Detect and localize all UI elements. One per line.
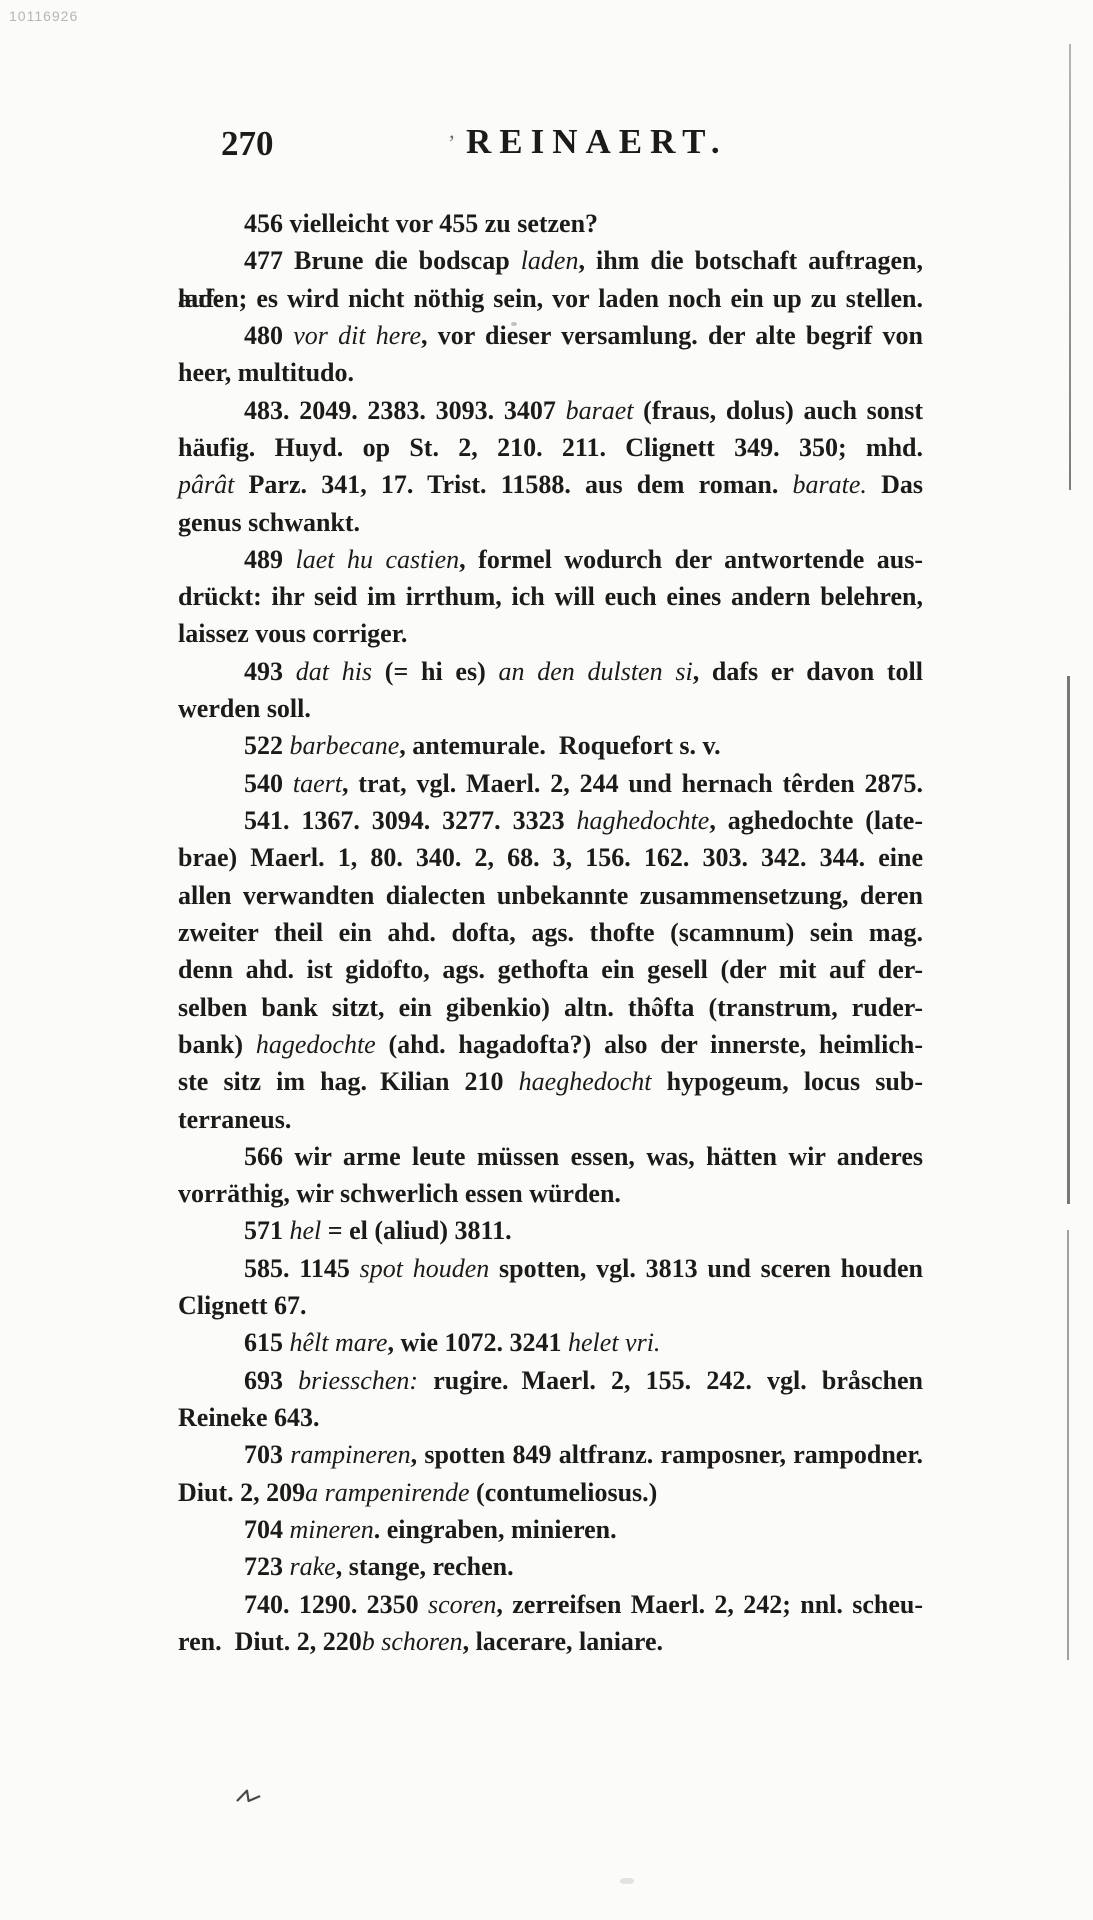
- text-line: 483. 2049. 2383. 3093. 3407 baraet (frau…: [178, 392, 923, 429]
- text-line: 740. 1290. 2350 scoren, zerreifsen Maerl…: [178, 1586, 923, 1623]
- text-line: Reineke 643.: [178, 1399, 923, 1436]
- text-line: pârât Parz. 341, 17. Trist. 11588. aus d…: [178, 466, 923, 503]
- text-line: 585. 1145 spot houden spotten, vgl. 3813…: [178, 1250, 923, 1287]
- page-number: 270: [221, 124, 274, 164]
- scan-speck: [652, 1005, 657, 1009]
- page-body-text: 456 vielleicht vor 455 zu setzen?477 Bru…: [178, 205, 923, 1660]
- text-line: denn ahd. ist gidofto, ags. gethofta ein…: [178, 951, 923, 988]
- print-artifact-mark: ’: [448, 130, 455, 156]
- handwritten-pen-mark: [235, 1786, 264, 1809]
- text-line: werden soll.: [178, 690, 923, 727]
- text-line: 693 briesschen: rugire. Maerl. 2, 155. 2…: [178, 1362, 923, 1399]
- scan-speck: [511, 322, 517, 326]
- text-line: 480 vor dit here, vor dieser versamlung.…: [178, 317, 923, 354]
- text-line: 522 barbecane, antemurale. Roquefort s. …: [178, 727, 923, 764]
- text-line: allen verwandten dialecten unbekannte zu…: [178, 877, 923, 914]
- text-line: bank) hagedochte (ahd. hagadofta?) also …: [178, 1026, 923, 1063]
- page-edge-rule: [1067, 1230, 1069, 1660]
- text-line: 489 laet hu castien, formel wodurch der …: [178, 541, 923, 578]
- text-line: häufig. Huyd. op St. 2, 210. 211. Cligne…: [178, 429, 923, 466]
- text-line: vorräthig, wir schwerlich essen würden.: [178, 1175, 923, 1212]
- scan-speck: [620, 1878, 634, 1884]
- text-line: zweiter theil ein ahd. dofta, ags. thoft…: [178, 914, 923, 951]
- page-edge-rule: [1069, 44, 1071, 490]
- text-line: 456 vielleicht vor 455 zu setzen?: [178, 205, 923, 242]
- text-line: selben bank sitzt, ein gibenkio) altn. t…: [178, 989, 923, 1026]
- text-line: terraneus.: [178, 1101, 923, 1138]
- text-line: 540 taert, trat, vgl. Maerl. 2, 244 und …: [178, 765, 923, 802]
- text-line: 723 rake, stange, rechen.: [178, 1548, 923, 1585]
- page-edge-rule: [1067, 676, 1070, 1204]
- running-title: REINAERT.: [466, 122, 728, 162]
- text-line: 493 dat his (= hi es) an den dulsten si,…: [178, 653, 923, 690]
- text-line: heer, multitudo.: [178, 354, 923, 391]
- text-line: 477 Brune die bodscap laden, ihm die bot…: [178, 242, 923, 279]
- text-line: brae) Maerl. 1, 80. 340. 2, 68. 3, 156. …: [178, 839, 923, 876]
- text-line: laden; es wird nicht nöthig sein, vor la…: [178, 280, 923, 317]
- scan-speck: [388, 960, 392, 964]
- text-line: genus schwankt.: [178, 504, 923, 541]
- scan-speck: [846, 266, 851, 270]
- text-line: drückt: ihr seid im irrthum, ich will eu…: [178, 578, 923, 615]
- text-line: laissez vous corriger.: [178, 615, 923, 652]
- text-line: 615 hêlt mare, wie 1072. 3241 helet vri.: [178, 1324, 923, 1361]
- text-line: 541. 1367. 3094. 3277. 3323 haghedochte,…: [178, 802, 923, 839]
- text-line: Clignett 67.: [178, 1287, 923, 1324]
- text-line: 571 hel = el (aliud) 3811.: [178, 1212, 923, 1249]
- text-line: 703 rampineren, spotten 849 altfranz. ra…: [178, 1436, 923, 1473]
- text-line: ste sitz im hag. Kilian 210 haeghedocht …: [178, 1063, 923, 1100]
- scan-id-number: 10116926: [9, 8, 78, 24]
- text-line: ren. Diut. 2, 220b schoren, lacerare, la…: [178, 1623, 923, 1660]
- text-line: Diut. 2, 209a rampenirende (contumeliosu…: [178, 1474, 923, 1511]
- text-line: 566 wir arme leute müssen essen, was, hä…: [178, 1138, 923, 1175]
- text-line: 704 mineren. eingraben, minieren.: [178, 1511, 923, 1548]
